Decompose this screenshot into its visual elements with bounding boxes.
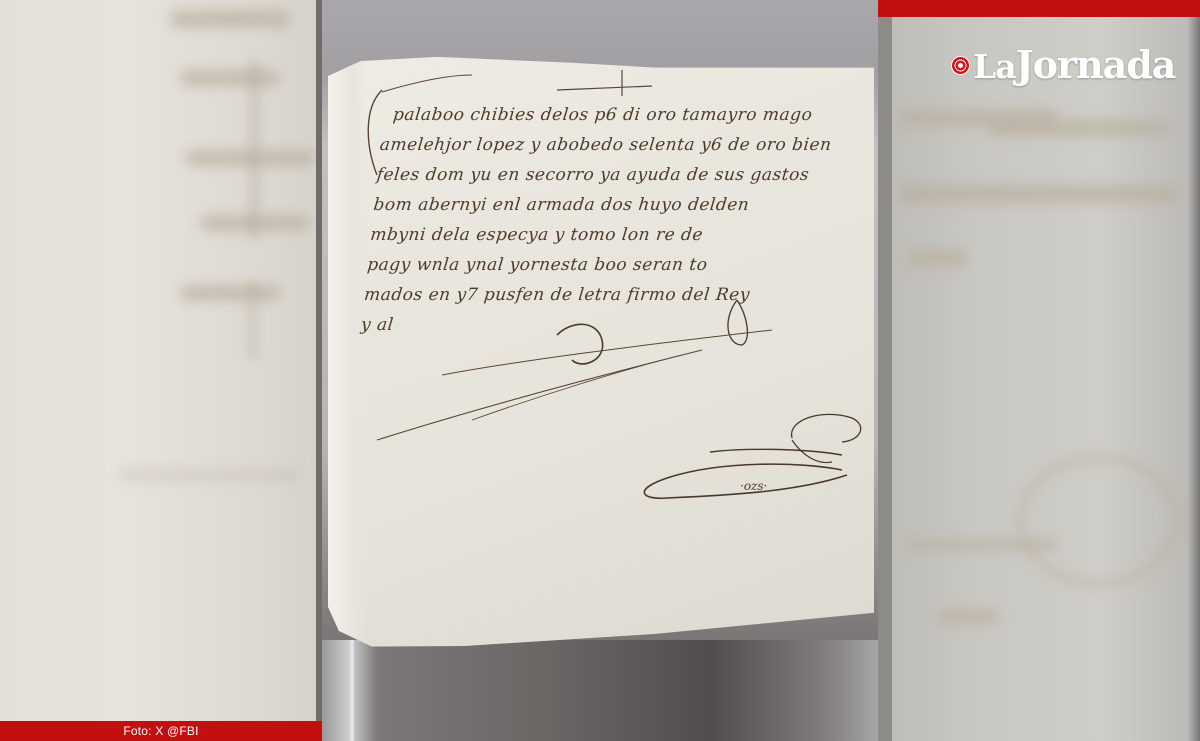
logo-prefix: La — [973, 47, 1016, 86]
blurred-ink-stroke — [988, 120, 1168, 136]
blurred-signature-loop — [1018, 455, 1180, 587]
blurred-ink-stroke — [250, 280, 256, 360]
logo-text: LaJornada — [973, 46, 1175, 84]
blurred-ink-stroke — [898, 185, 1178, 203]
blurred-ink-stroke — [908, 250, 968, 266]
blurred-ink-stroke — [185, 150, 315, 166]
photo-credit: Foto: X @FBI — [123, 724, 198, 738]
blurred-ink-stroke — [170, 10, 290, 28]
blurred-ink-stroke — [938, 610, 998, 624]
manuscript-photo: palaboo chibies delos p6 di oro tamayro … — [322, 0, 878, 741]
photo-credit-bar: Foto: X @FBI — [0, 721, 322, 741]
blurred-background-right — [878, 0, 1200, 741]
blurred-ink-stroke — [908, 540, 1058, 550]
logo-main: Jornada — [1016, 42, 1176, 87]
la-jornada-logo[interactable]: LaJornada — [952, 40, 1175, 90]
blurred-ink-stroke — [180, 285, 280, 301]
blurred-ink-stroke — [180, 70, 280, 86]
panel-divider — [878, 0, 892, 741]
signature-mark: ·ozs· — [740, 479, 767, 493]
blurred-ink-stroke — [120, 470, 300, 480]
blurred-background-left — [0, 0, 322, 741]
la-jornada-emblem-icon — [952, 57, 969, 74]
signature-flourishes: ·ozs· — [322, 0, 878, 741]
accent-bar-top — [878, 0, 1200, 17]
blurred-ink-stroke — [200, 215, 310, 231]
